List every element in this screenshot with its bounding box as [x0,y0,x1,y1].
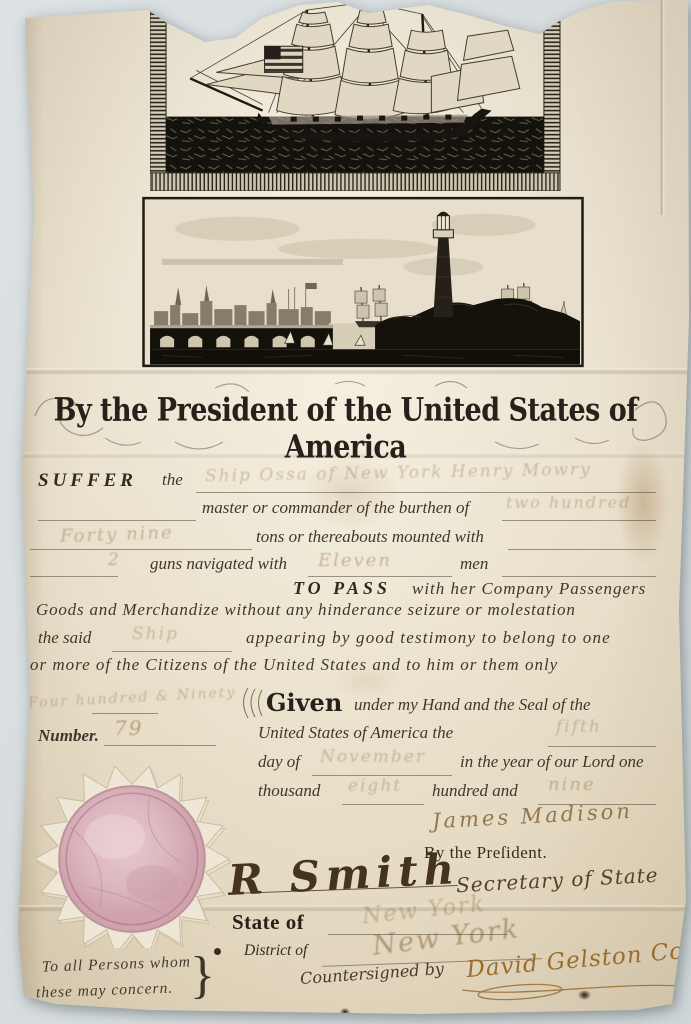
printed-given-line2: United States of America the [258,723,453,743]
concern-line2: these may concern. [36,980,174,1003]
blank-line [30,548,252,550]
district-of-label: District of [244,942,307,960]
to-pass-label: TO PASS [293,578,391,599]
suffer-label: SUFFER [38,470,137,492]
ink-blot [340,1008,350,1016]
blank-line [308,575,452,577]
printed-guns-line: guns navigated with [150,554,287,574]
printed-day-of: day of [258,752,300,772]
printed-goods-line: Goods and Merchandize without any hinder… [36,600,576,620]
blank-line [30,575,118,577]
american-flag-icon [265,46,303,72]
handwritten-month: November [320,747,426,767]
handwritten-year: nine [548,774,596,795]
ink-dot [214,948,221,955]
secretary-title: Secretary of State [456,863,660,898]
printed-given-rest: under my Hand and the Seal of the [354,695,591,715]
fold-crease [0,368,691,375]
handwritten-day: fifth [556,717,602,737]
ship-engraving [150,0,562,191]
parchment-document: By the President of the United States of… [0,0,691,1024]
given-word: Given [266,688,342,717]
countersigned-by-label: Countersigned by [300,959,445,988]
printed-hundred-and: hundred and [432,781,518,801]
printed-the-said: the said [38,628,91,648]
handwritten-guns: 2 [108,550,121,570]
blank-line [92,712,158,714]
concern-line1: To all Persons whom [42,953,191,976]
printed-tons-line: tons or thereabouts mounted with [256,527,484,547]
blank-line [502,575,656,577]
handwritten-said-vessel: Ship [132,624,179,644]
handwritten-burthen: two hundred [506,493,631,512]
fold-crease [660,0,665,215]
secretary-signature: R Smith [227,844,461,905]
ink-blot [578,990,591,1000]
printed-year-line: in the year of our Lord one [460,752,644,772]
handwritten-number: 79 [114,716,143,740]
blank-line [112,650,232,652]
state-of-label: State of [232,910,304,935]
wax-seal [28,766,238,948]
printed-master-line: master or commander of the burthen of [202,498,469,518]
printed-citizens-line: or more of the Citizens of the United St… [30,655,558,675]
handwritten-hundred: eight [348,776,402,796]
printed-word-men: men [460,554,488,574]
handwritten-margin-note: Four hundred & Ninety [28,685,237,712]
handwritten-men-count: Eleven [318,550,392,571]
blank-line [548,745,656,747]
printed-word-the: the [162,470,183,490]
blank-line [508,548,656,550]
countersignature-flourish [460,978,685,1004]
printed-thousand: thousand [258,781,320,801]
blank-line [342,803,424,805]
photo-backdrop: By the President of the United States of… [0,0,691,1024]
handwritten-tons: Forty nine [60,522,174,547]
president-signature: James Madison [432,799,634,833]
number-label: Number. [38,726,99,746]
given-ornament [238,686,264,720]
printed-appearing-line: appearing by good testimony to belong to… [246,628,611,648]
document-title: By the President of the United States of… [0,392,691,465]
harbor-lighthouse-engraving [142,196,584,368]
closing-brace: } [190,946,215,1005]
blank-line [104,744,216,746]
printed-to-pass-rest: with her Company Passengers [412,579,646,599]
blank-line [38,519,196,521]
blank-line [502,519,656,521]
